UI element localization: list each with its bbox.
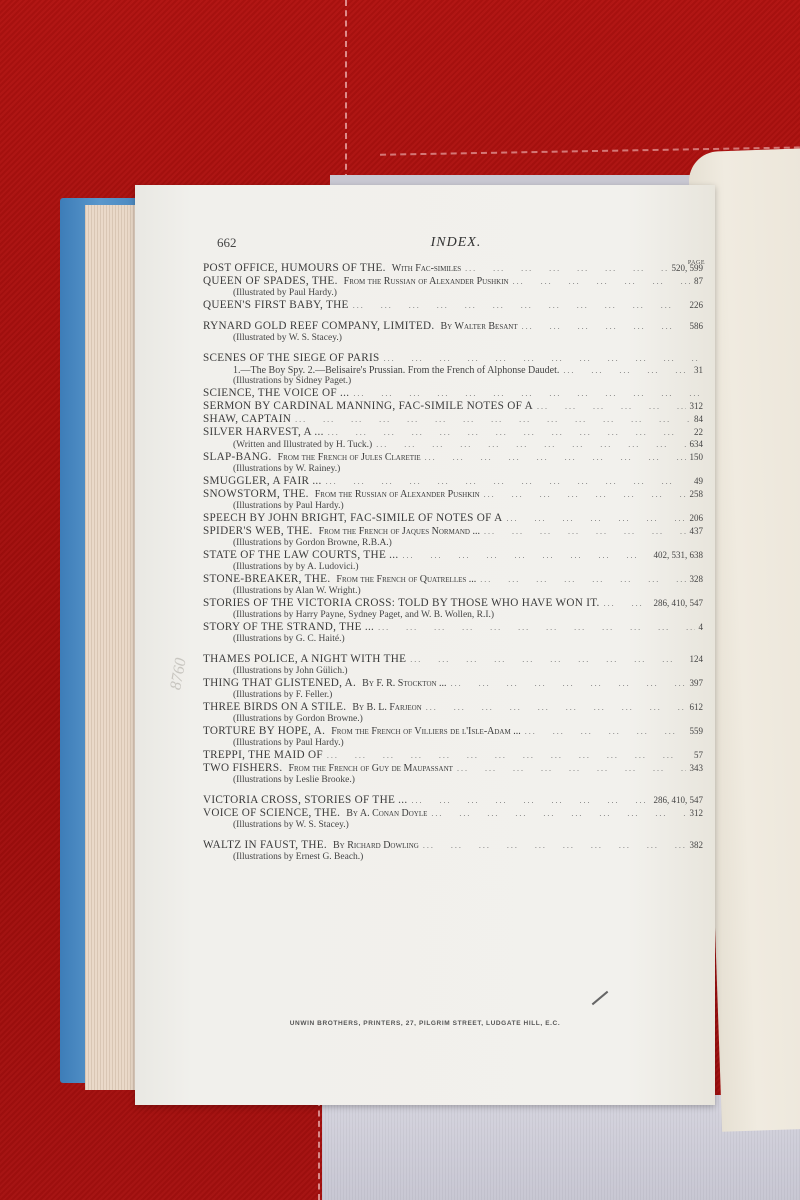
leader-dots: ... ... ... ... ... ... ... ... ... ... … — [376, 439, 685, 450]
entry-attribution: By Richard Dowling — [333, 839, 419, 852]
entry-title: SCENES OF THE SIEGE OF PARIS — [203, 352, 380, 365]
entry-page-numbers: 397 — [690, 677, 704, 690]
entry-title: SERMON BY CARDINAL MANNING, FAC-SIMILE N… — [203, 400, 533, 413]
entry-title-line: STONE-BREAKER, THE.From the French of Qu… — [203, 573, 703, 586]
entry-illustrator: (Illustrations by Paul Hardy.) — [203, 501, 703, 512]
index-entry: RYNARD GOLD REEF COMPANY, LIMITED.By Wal… — [203, 320, 703, 344]
index-entry: QUEEN'S FIRST BABY, THE... ... ... ... .… — [203, 299, 703, 312]
entry-page-numbers: 286, 410, 547 — [654, 597, 704, 610]
entry-title-line: QUEEN OF SPADES, THE.From the Russian of… — [203, 275, 703, 288]
entry-page-numbers: 312 — [690, 400, 704, 413]
entry-title-line: VICTORIA CROSS, STORIES OF THE ...... ..… — [203, 794, 703, 807]
entry-page-numbers: 382 — [690, 839, 704, 852]
entry-title-line: SCENES OF THE SIEGE OF PARIS... ... ... … — [203, 352, 703, 365]
entry-title: RYNARD GOLD REEF COMPANY, LIMITED. — [203, 320, 434, 333]
pencil-annotation: 8760 — [167, 657, 190, 692]
leader-dots: ... ... ... ... ... ... ... ... ... ... … — [451, 677, 686, 690]
index-entry: THAMES POLICE, A NIGHT WITH THE... ... .… — [203, 653, 703, 677]
pencil-mark — [592, 991, 609, 1005]
index-entry: STORY OF THE STRAND, THE ...... ... ... … — [203, 621, 703, 645]
entry-illustrator: (Written and Illustrated by H. Tuck.) — [233, 440, 372, 451]
entry-illustrator: (Illustrations by Sidney Paget.) — [203, 376, 703, 387]
entry-title: SNOWSTORM, THE. — [203, 488, 309, 501]
entry-attribution: By Walter Besant — [440, 320, 517, 333]
cloth-stitching — [318, 1100, 320, 1200]
entry-title: STONE-BREAKER, THE. — [203, 573, 330, 586]
index-entry: STATE OF THE LAW COURTS, THE ...... ... … — [203, 549, 703, 573]
index-entry: SPEECH BY JOHN BRIGHT, FAC-SIMILE OF NOT… — [203, 512, 703, 525]
book-page-edges — [85, 205, 140, 1090]
entry-title-line: TWO FISHERS.From the French of Guy de Ma… — [203, 762, 703, 775]
entry-title-line: THAMES POLICE, A NIGHT WITH THE... ... .… — [203, 653, 703, 666]
entry-attribution: By A. Conan Doyle — [346, 807, 427, 820]
entry-title-line: THREE BIRDS ON A STILE.By B. L. Farjeon.… — [203, 701, 703, 714]
entry-illustrator: (Illustrations by F. Feller.) — [203, 690, 703, 701]
entry-page-numbers: 4 — [699, 621, 704, 634]
entry-page-numbers: 31 — [694, 365, 703, 376]
entry-illustrator: (Illustrations by W. S. Stacey.) — [203, 820, 703, 831]
entry-page-numbers: 437 — [690, 525, 704, 538]
leader-dots: ... ... ... ... ... ... ... ... ... ... … — [522, 320, 686, 333]
leader-dots: ... ... ... ... ... ... ... ... ... ... … — [484, 525, 686, 538]
leader-dots: ... ... ... ... ... ... ... ... ... ... … — [353, 299, 686, 312]
entry-title: SMUGGLER, A FAIR ... — [203, 475, 322, 488]
entry-title-line: STATE OF THE LAW COURTS, THE ...... ... … — [203, 549, 703, 562]
entry-title: SILVER HARVEST, A ... — [203, 426, 324, 439]
entry-title: SPEECH BY JOHN BRIGHT, FAC-SIMILE OF NOT… — [203, 512, 503, 525]
index-entry: POST OFFICE, HUMOURS OF THE.With Fac-sim… — [203, 262, 703, 275]
index-entry: SPIDER'S WEB, THE.From the French of Jaq… — [203, 525, 703, 549]
entry-page-numbers: 258 — [690, 488, 704, 501]
index-entries: POST OFFICE, HUMOURS OF THE.With Fac-sim… — [203, 262, 703, 863]
entry-gap — [203, 831, 703, 839]
entry-attribution: From the Russian of Alexander Pushkin — [315, 488, 480, 501]
entry-attribution: From the French of Villiers de l'Isle-Ad… — [331, 725, 521, 738]
entry-illustrator: (Illustrations by Leslie Brooke.) — [203, 775, 703, 786]
entry-page-numbers: 343 — [690, 762, 704, 775]
entry-title-line: TORTURE BY HOPE, A.From the French of Vi… — [203, 725, 703, 738]
entry-gap — [203, 645, 703, 653]
entry-page-numbers: 150 — [690, 451, 704, 464]
entry-gap — [203, 312, 703, 320]
index-entry: WALTZ IN FAUST, THE.By Richard Dowling..… — [203, 839, 703, 863]
entry-attribution: From the French of Guy de Maupassant — [288, 762, 453, 775]
index-entry: STORIES OF THE VICTORIA CROSS: TOLD BY T… — [203, 597, 703, 621]
leader-dots: ... ... ... ... ... ... ... ... ... ... … — [484, 488, 686, 501]
entry-page-numbers: 87 — [694, 275, 703, 288]
index-entry: STONE-BREAKER, THE.From the French of Qu… — [203, 573, 703, 597]
entry-illustrator: (Illustrations by Gordon Browne, R.B.A.) — [203, 538, 703, 549]
entry-attribution: From the French of Quatrelles ... — [336, 573, 476, 586]
entry-page-numbers: 634 — [690, 439, 704, 450]
entry-page-numbers: 612 — [690, 701, 704, 714]
entry-title: SCIENCE, THE VOICE OF ... — [203, 387, 349, 400]
entry-page-numbers: 22 — [694, 426, 703, 439]
leader-dots: ... ... ... ... ... ... ... ... ... ... … — [604, 597, 650, 610]
entry-title: QUEEN OF SPADES, THE. — [203, 275, 338, 288]
entry-title-line: SPIDER'S WEB, THE.From the French of Jaq… — [203, 525, 703, 538]
index-entry: SILVER HARVEST, A ...... ... ... ... ...… — [203, 426, 703, 439]
index-entry: (Written and Illustrated by H. Tuck.)...… — [203, 439, 703, 451]
entry-gap — [203, 786, 703, 794]
entry-illustrator: (Illustrations by Paul Hardy.) — [203, 738, 703, 749]
entry-title-line: TREPPI, THE MAID OF... ... ... ... ... .… — [203, 749, 703, 762]
entry-illustrator: (Illustrations by W. Rainey.) — [203, 464, 703, 475]
entry-illustrator: (Illustrations by Alan W. Wright.) — [203, 586, 703, 597]
entry-title: POST OFFICE, HUMOURS OF THE. — [203, 262, 386, 275]
entry-page-numbers: 286, 410, 547 — [654, 794, 704, 807]
printer-imprint: UNWIN BROTHERS, PRINTERS, 27, PILGRIM ST… — [135, 1020, 715, 1027]
entry-attribution: By B. L. Farjeon — [352, 701, 421, 714]
entry-title-line: SMUGGLER, A FAIR ...... ... ... ... ... … — [203, 475, 703, 488]
entry-page-numbers: 586 — [690, 320, 704, 333]
leader-dots: ... ... ... ... ... ... ... ... ... ... … — [410, 653, 685, 666]
entry-title: THAMES POLICE, A NIGHT WITH THE — [203, 653, 406, 666]
entry-illustrator: (Illustrations by John Gülich.) — [203, 666, 703, 677]
leader-dots: ... ... ... ... ... ... ... ... ... ... … — [384, 352, 699, 365]
entry-title-line: SNOWSTORM, THE.From the Russian of Alexa… — [203, 488, 703, 501]
index-entry: THING THAT GLISTENED, A.By F. R. Stockto… — [203, 677, 703, 701]
entry-title: SPIDER'S WEB, THE. — [203, 525, 313, 538]
entry-title: VOICE OF SCIENCE, THE. — [203, 807, 340, 820]
entry-attribution: By F. R. Stockton ... — [362, 677, 446, 690]
entry-title-line: WALTZ IN FAUST, THE.By Richard Dowling..… — [203, 839, 703, 852]
index-entry: TORTURE BY HOPE, A.From the French of Vi… — [203, 725, 703, 749]
entry-attribution: From the Russian of Alexander Pushkin — [344, 275, 509, 288]
leader-dots: ... ... ... ... ... ... ... ... ... ... … — [353, 387, 699, 400]
leader-dots: ... ... ... ... ... ... ... ... ... ... … — [295, 413, 690, 426]
leader-dots: ... ... ... ... ... ... ... ... ... ... … — [507, 512, 686, 525]
leader-dots: ... ... ... ... ... ... ... ... ... ... … — [326, 475, 690, 488]
index-entry: VICTORIA CROSS, STORIES OF THE ...... ..… — [203, 794, 703, 807]
entry-illustrator: (Illustrated by Paul Hardy.) — [203, 288, 703, 299]
index-entry: SHAW, CAPTAIN... ... ... ... ... ... ...… — [203, 413, 703, 426]
leader-dots: ... ... ... ... ... ... ... ... ... ... … — [465, 262, 667, 275]
entry-illustrator: (Illustrations by Ernest G. Beach.) — [203, 852, 703, 863]
entry-title: THREE BIRDS ON A STILE. — [203, 701, 346, 714]
entry-subtitle: 1.—The Boy Spy. 2.—Belisaire's Prussian.… — [233, 365, 559, 376]
index-entry: VOICE OF SCIENCE, THE.By A. Conan Doyle.… — [203, 807, 703, 831]
entry-page-numbers: 57 — [694, 749, 703, 762]
leader-dots: ... ... ... ... ... ... ... ... ... ... … — [525, 725, 686, 738]
entry-title: THING THAT GLISTENED, A. — [203, 677, 356, 690]
entry-title-line: SERMON BY CARDINAL MANNING, FAC-SIMILE N… — [203, 400, 703, 413]
entry-page-numbers: 124 — [690, 653, 704, 666]
entry-page-numbers: 312 — [690, 807, 704, 820]
index-page: 662 INDEX. PAGE 8760 POST OFFICE, HUMOUR… — [135, 185, 715, 1105]
entry-title: WALTZ IN FAUST, THE. — [203, 839, 327, 852]
entry-title-line: SHAW, CAPTAIN... ... ... ... ... ... ...… — [203, 413, 703, 426]
entry-page-numbers: 206 — [690, 512, 704, 525]
entry-illustrator: (Illustrated by W. S. Stacey.) — [203, 333, 703, 344]
entry-title: STORY OF THE STRAND, THE ... — [203, 621, 374, 634]
entry-page-numbers: 402, 531, 638 — [654, 549, 704, 562]
entry-page-numbers: 328 — [690, 573, 704, 586]
entry-title-line: QUEEN'S FIRST BABY, THE... ... ... ... .… — [203, 299, 703, 312]
entry-attribution: From the French of Jaques Normand ... — [319, 525, 480, 538]
entry-illustrator: (Illustrations by Gordon Browne.) — [203, 714, 703, 725]
entry-title-line: SLAP-BANG.From the French of Jules Clare… — [203, 451, 703, 464]
entry-page-numbers: 520, 599 — [672, 262, 704, 275]
index-entry: SMUGGLER, A FAIR ...... ... ... ... ... … — [203, 475, 703, 488]
leader-dots: ... ... ... ... ... ... ... ... ... ... … — [402, 549, 649, 562]
entry-title-line: SCIENCE, THE VOICE OF ...... ... ... ...… — [203, 387, 703, 400]
entry-title-line: STORY OF THE STRAND, THE ...... ... ... … — [203, 621, 703, 634]
entry-page-numbers: 49 — [694, 475, 703, 488]
index-entry: THREE BIRDS ON A STILE.By B. L. Farjeon.… — [203, 701, 703, 725]
index-entry: SCENES OF THE SIEGE OF PARIS... ... ... … — [203, 352, 703, 387]
leader-dots: ... ... ... ... ... ... ... ... ... ... … — [423, 839, 686, 852]
leader-dots: ... ... ... ... ... ... ... ... ... ... … — [513, 275, 690, 288]
entry-attribution: From the French of Jules Claretie — [278, 451, 421, 464]
running-title: INDEX. — [217, 235, 695, 251]
index-entry: TREPPI, THE MAID OF... ... ... ... ... .… — [203, 749, 703, 762]
entry-title-line: SPEECH BY JOHN BRIGHT, FAC-SIMILE OF NOT… — [203, 512, 703, 525]
index-entry: SCIENCE, THE VOICE OF ...... ... ... ...… — [203, 387, 703, 400]
entry-title-line: RYNARD GOLD REEF COMPANY, LIMITED.By Wal… — [203, 320, 703, 333]
leader-dots: ... ... ... ... ... ... ... ... ... ... … — [563, 365, 690, 376]
entry-title: QUEEN'S FIRST BABY, THE — [203, 299, 349, 312]
leader-dots: ... ... ... ... ... ... ... ... ... ... … — [537, 400, 685, 413]
entry-illustrator: (Illustrations by by A. Ludovici.) — [203, 562, 703, 573]
index-entry: SERMON BY CARDINAL MANNING, FAC-SIMILE N… — [203, 400, 703, 413]
entry-title: TORTURE BY HOPE, A. — [203, 725, 325, 738]
entry-illustrator-line: (Written and Illustrated by H. Tuck.)...… — [203, 439, 703, 451]
entry-illustrator: (Illustrations by Harry Payne, Sydney Pa… — [203, 610, 703, 621]
cloth-stitching — [345, 0, 347, 180]
entry-page-numbers: 84 — [694, 413, 703, 426]
entry-title: SHAW, CAPTAIN — [203, 413, 291, 426]
entry-title: VICTORIA CROSS, STORIES OF THE ... — [203, 794, 407, 807]
page-header: 662 INDEX. — [217, 235, 695, 255]
leader-dots: ... ... ... ... ... ... ... ... ... ... … — [426, 701, 686, 714]
entry-subtitle-line: 1.—The Boy Spy. 2.—Belisaire's Prussian.… — [203, 365, 703, 376]
leader-dots: ... ... ... ... ... ... ... ... ... ... … — [425, 451, 686, 464]
entry-attribution: With Fac-similes — [392, 262, 461, 275]
entry-title-line: SILVER HARVEST, A ...... ... ... ... ...… — [203, 426, 703, 439]
entry-title: STORIES OF THE VICTORIA CROSS: TOLD BY T… — [203, 597, 600, 610]
leader-dots: ... ... ... ... ... ... ... ... ... ... … — [457, 762, 686, 775]
leader-dots: ... ... ... ... ... ... ... ... ... ... … — [480, 573, 685, 586]
index-entry: TWO FISHERS.From the French of Guy de Ma… — [203, 762, 703, 786]
entry-title-line: THING THAT GLISTENED, A.By F. R. Stockto… — [203, 677, 703, 690]
leader-dots: ... ... ... ... ... ... ... ... ... ... … — [327, 749, 690, 762]
entry-title-line: STORIES OF THE VICTORIA CROSS: TOLD BY T… — [203, 597, 703, 610]
index-entry: QUEEN OF SPADES, THE.From the Russian of… — [203, 275, 703, 299]
index-entry: SNOWSTORM, THE.From the Russian of Alexa… — [203, 488, 703, 512]
entry-title: STATE OF THE LAW COURTS, THE ... — [203, 549, 398, 562]
index-entry: SLAP-BANG.From the French of Jules Clare… — [203, 451, 703, 475]
entry-page-numbers: 559 — [690, 725, 704, 738]
entry-title-line: POST OFFICE, HUMOURS OF THE.With Fac-sim… — [203, 262, 703, 275]
entry-illustrator: (Illustrations by G. C. Haité.) — [203, 634, 703, 645]
leader-dots: ... ... ... ... ... ... ... ... ... ... … — [378, 621, 694, 634]
leader-dots: ... ... ... ... ... ... ... ... ... ... … — [328, 426, 690, 439]
entry-title: TWO FISHERS. — [203, 762, 282, 775]
entry-title: TREPPI, THE MAID OF — [203, 749, 323, 762]
entry-page-numbers: 226 — [690, 299, 704, 312]
entry-gap — [203, 344, 703, 352]
leader-dots: ... ... ... ... ... ... ... ... ... ... … — [431, 807, 685, 820]
entry-title: SLAP-BANG. — [203, 451, 272, 464]
leader-dots: ... ... ... ... ... ... ... ... ... ... … — [411, 794, 649, 807]
entry-title-line: VOICE OF SCIENCE, THE.By A. Conan Doyle.… — [203, 807, 703, 820]
